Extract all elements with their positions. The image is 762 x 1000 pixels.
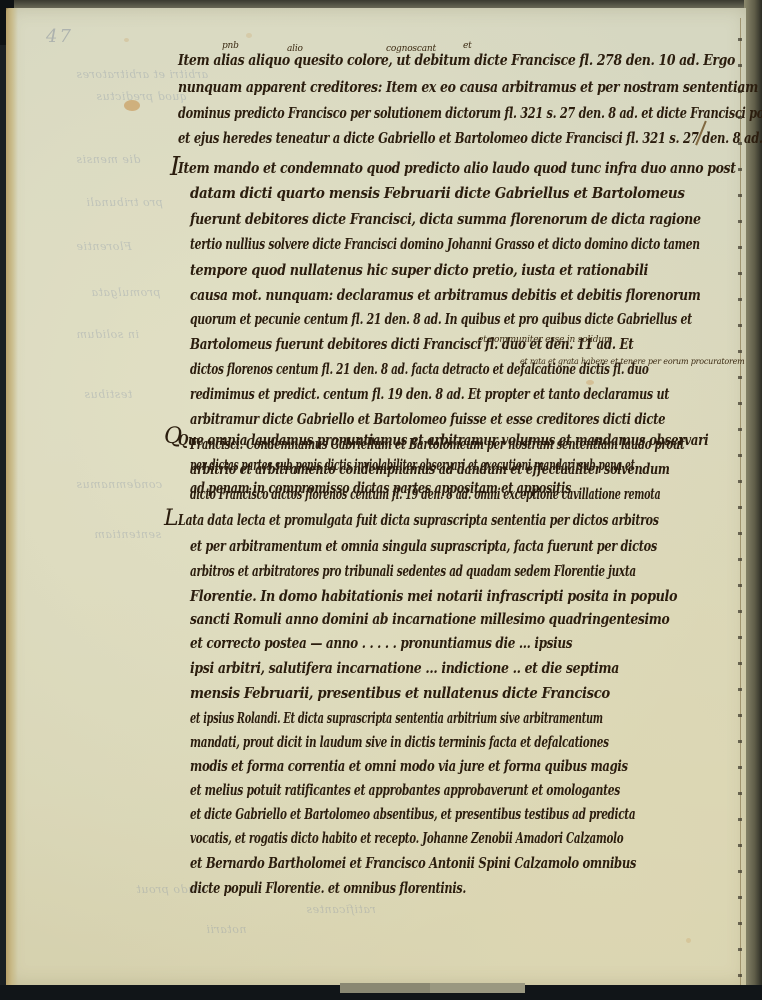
show-through-text: die mensis [76, 153, 140, 166]
text-line: vocatis, et rogatis dicto habito et rece… [190, 830, 623, 847]
paragraph-initial: L [164, 506, 179, 531]
text-line: Item alias aliquo quesito colore, ut deb… [178, 52, 735, 69]
text-line: Florentie. In domo habitationis mei nota… [190, 588, 677, 605]
show-through-text: quod predictus [96, 90, 187, 103]
text-line: per dictas partes sub penis dictis invio… [190, 457, 635, 474]
text-line: modis et forma correntia et omni modo vi… [190, 758, 628, 775]
foxing-spot [586, 380, 594, 385]
show-through-text: promulgata [91, 286, 161, 299]
text-line: ad penam in compromisso dictas partes ap… [190, 480, 571, 497]
text-line: dictos florenos centum fl. 21 den. 8 ad.… [190, 361, 649, 378]
text-line: ipsi arbitri, salutifera incarnatione ..… [190, 660, 619, 677]
show-through-text: notarii [206, 923, 246, 936]
torn-edge-fragment [430, 983, 525, 993]
foxing-spot [124, 38, 129, 42]
text-line: et melius potuit ratificantes et approba… [190, 782, 620, 799]
interlinear-note: et [463, 41, 472, 51]
text-line: dominus predicto Francisco per solutione… [178, 105, 762, 122]
text-line: Item mando et condemnato quod predicto a… [178, 160, 736, 177]
show-through-text: pro tribunali [86, 196, 163, 209]
show-through-text: Florentie [76, 240, 132, 253]
text-line: et ipsius Rolandi. Et dicta suprascripta… [190, 710, 603, 727]
text-line: et dicte Gabriello et Bartolomeo absenti… [190, 806, 635, 823]
text-line: mensis Februarii, presentibus et nullate… [190, 685, 610, 702]
page-right-edge [744, 0, 762, 1000]
text-line: dicte populi Florentie. et omnibus flore… [190, 880, 466, 897]
foxing-spot [246, 33, 252, 38]
show-through-text: in solidum [76, 328, 139, 341]
text-line: et Bernardo Bartholomei et Francisco Ant… [190, 855, 636, 872]
text-line: sancti Romuli anno domini ab incarnation… [190, 611, 669, 628]
text-line: et per arbitramentum et omnia singula su… [190, 538, 657, 555]
show-through-text: sententiam [94, 528, 161, 541]
show-through-text: condemnamus [76, 478, 162, 491]
text-line: et correcto postea — anno . . . . . pron… [190, 635, 572, 652]
text-line: tertio nullius solvere dicte Francisci d… [190, 236, 700, 253]
text-line: quorum et pecunie centum fl. 21 den. 8 a… [190, 311, 692, 328]
foxing-spot [686, 938, 691, 943]
binding-stitches [738, 38, 742, 978]
show-through-text: ratificantes [306, 903, 376, 916]
left-margin-stain [6, 8, 18, 985]
show-through-text: testibus [84, 388, 132, 401]
text-line: arbitros et arbitratores pro tribunali s… [190, 563, 636, 580]
folio-number: 47 [46, 26, 73, 47]
text-line: mandati, prout dicit in laudum sive in d… [190, 734, 609, 751]
text-line: arbitramur dicte Gabriello et Bartolomeo… [190, 411, 665, 428]
text-line: fuerunt debitores dicte Francisci, dicta… [190, 211, 701, 228]
text-line: redimimus et predict. centum fl. 19 den.… [190, 386, 669, 403]
text-line: datam dicti quarto mensis Februarii dict… [190, 185, 685, 202]
torn-edge-fragment [340, 983, 430, 993]
text-line: nunquam apparent creditores: Item ex eo … [178, 79, 762, 96]
text-line: Lata data lecta et promulgata fuit dicta… [178, 512, 659, 529]
text-line: causa mot. nunquam: declaramus et arbitr… [190, 287, 701, 304]
text-line: et ejus heredes teneatur a dicte Gabriel… [178, 130, 762, 147]
text-line: tempore quod nullatenus hic super dicto … [190, 262, 648, 279]
interlinear-note: pnb [222, 41, 239, 51]
text-line: Bartolomeus fuerunt debitores dicti Fran… [190, 336, 633, 353]
text-line: Que omnia laudamus pronuntiamus et arbit… [178, 432, 708, 449]
